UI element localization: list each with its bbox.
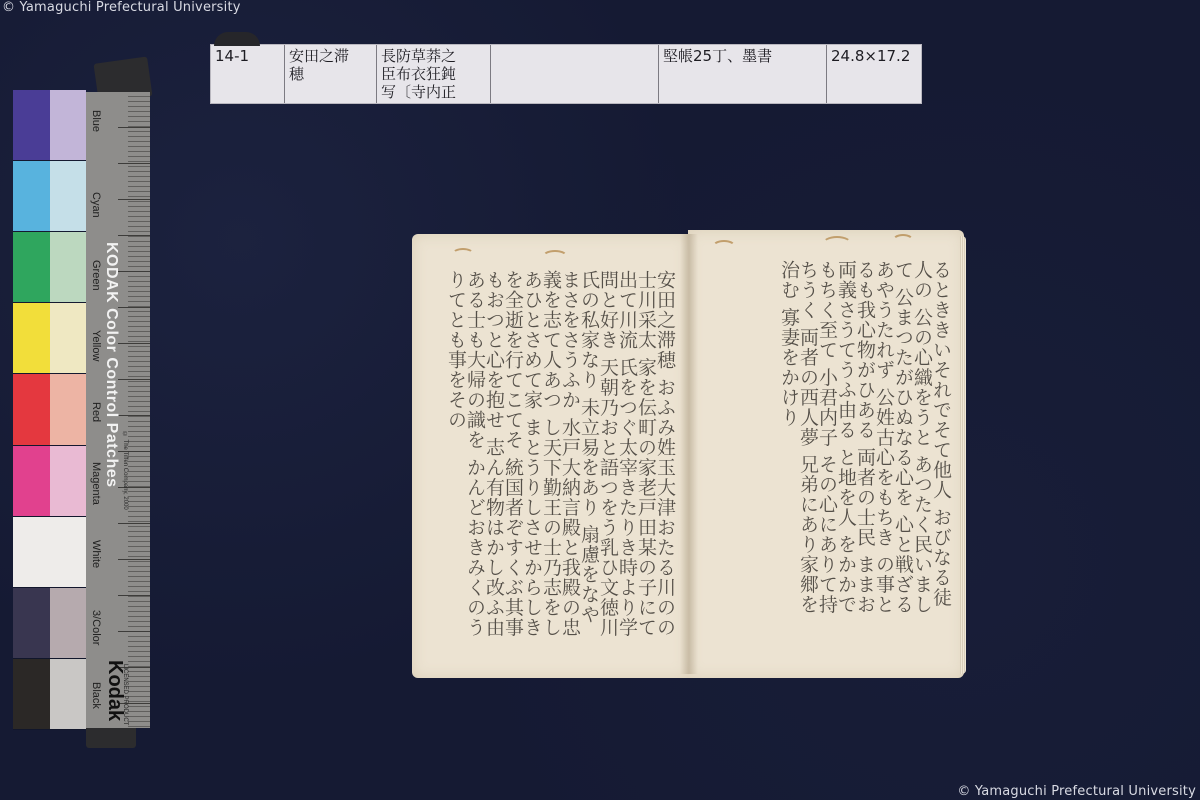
patch-row-white bbox=[13, 517, 86, 588]
book-gutter bbox=[680, 234, 698, 674]
kodak-ruler: Blue Cyan Green Yellow Red Magenta White… bbox=[86, 92, 150, 728]
patch-label-magenta: Magenta bbox=[88, 462, 102, 505]
licensed-product-text: LICENSED PRODUCT bbox=[122, 664, 128, 725]
patch-row-red bbox=[13, 374, 86, 445]
patch-blue-light bbox=[50, 90, 87, 160]
worm-damage-mark bbox=[822, 236, 852, 252]
catalog-notes bbox=[491, 45, 659, 103]
tape-label bbox=[214, 32, 260, 46]
patch-black-dark bbox=[13, 659, 50, 729]
manuscript-left-text: 安田之滞穂 おふみ姓玉大津おたる川のの士川采太 家を伝町の家老戸田某の子にて出て… bbox=[412, 270, 680, 640]
patch-3color-dark bbox=[13, 588, 50, 658]
patch-row-magenta bbox=[13, 446, 86, 517]
manuscript-book: 安田之滞穂 おふみ姓玉大津おたる川のの士川采太 家を伝町の家老戸田某の子にて出て… bbox=[412, 230, 966, 678]
patch-row-green bbox=[13, 232, 86, 303]
catalog-title: 長防草莽之 臣布衣狂鈍 写〔寺内正 bbox=[377, 45, 491, 103]
catalog-format: 堅帳25丁、墨書 bbox=[659, 45, 827, 103]
patch-cyan-light bbox=[50, 161, 87, 231]
patch-black-light bbox=[50, 659, 87, 729]
patch-label-red: Red bbox=[88, 402, 102, 422]
patch-magenta-dark bbox=[13, 446, 50, 516]
patch-row-yellow bbox=[13, 303, 86, 374]
patch-row-blue bbox=[13, 90, 86, 161]
manuscript-right-text: るとききいそれでそて他人 おびなる徒人の 公の心織をうと あつたく民いまして 公… bbox=[688, 260, 958, 620]
patch-cyan-dark bbox=[13, 161, 50, 231]
worm-damage-mark bbox=[712, 240, 736, 254]
catalog-label-card: 14-1 安田之滞 穂 長防草莽之 臣布衣狂鈍 写〔寺内正 堅帳25丁、墨書 2… bbox=[210, 44, 922, 104]
worm-damage-mark bbox=[452, 248, 474, 260]
patch-red-light bbox=[50, 374, 87, 444]
tiffen-copyright: © The Tiffen Company, 2000 bbox=[122, 432, 128, 510]
manuscript-right-page: るとききいそれでそて他人 おびなる徒人の 公の心織をうと あつたく民いまして 公… bbox=[688, 230, 964, 678]
patch-label-white: White bbox=[88, 540, 102, 568]
patch-green-dark bbox=[13, 232, 50, 302]
manuscript-left-page: 安田之滞穂 おふみ姓玉大津おたる川のの士川采太 家を伝町の家老戸田某の子にて出て… bbox=[412, 234, 688, 678]
patch-label-green: Green bbox=[88, 260, 102, 291]
copyright-credit-bottom: © Yamaguchi Prefectural University bbox=[957, 784, 1196, 799]
catalog-id: 14-1 bbox=[211, 45, 285, 103]
patch-row-black bbox=[13, 659, 86, 730]
kodak-brand-title: KODAK Color Control Patches bbox=[102, 242, 120, 488]
patch-blue-dark bbox=[13, 90, 50, 160]
patch-3color-light bbox=[50, 588, 87, 658]
patch-white bbox=[13, 517, 86, 587]
patch-label-blue: Blue bbox=[88, 110, 102, 132]
patch-yellow-light bbox=[50, 303, 87, 373]
patch-magenta-light bbox=[50, 446, 87, 516]
worm-damage-mark bbox=[542, 250, 568, 264]
patch-label-cyan: Cyan bbox=[88, 192, 102, 218]
patch-green-light bbox=[50, 232, 87, 302]
catalog-size: 24.8×17.2 bbox=[827, 45, 921, 103]
color-control-patches bbox=[13, 90, 86, 730]
patch-label-yellow: Yellow bbox=[88, 330, 102, 361]
patch-yellow-dark bbox=[13, 303, 50, 373]
patch-label-3color: 3/Color bbox=[88, 610, 102, 645]
patch-row-3color bbox=[13, 588, 86, 659]
worm-damage-mark bbox=[892, 234, 914, 248]
book-page-edge bbox=[960, 236, 966, 674]
ruler-major-ticks bbox=[118, 92, 150, 728]
patch-row-cyan bbox=[13, 161, 86, 232]
patch-red-dark bbox=[13, 374, 50, 444]
patch-label-black: Black bbox=[88, 682, 102, 709]
copyright-credit-top: © Yamaguchi Prefectural University bbox=[2, 0, 241, 15]
catalog-author: 安田之滞 穂 bbox=[285, 45, 377, 103]
